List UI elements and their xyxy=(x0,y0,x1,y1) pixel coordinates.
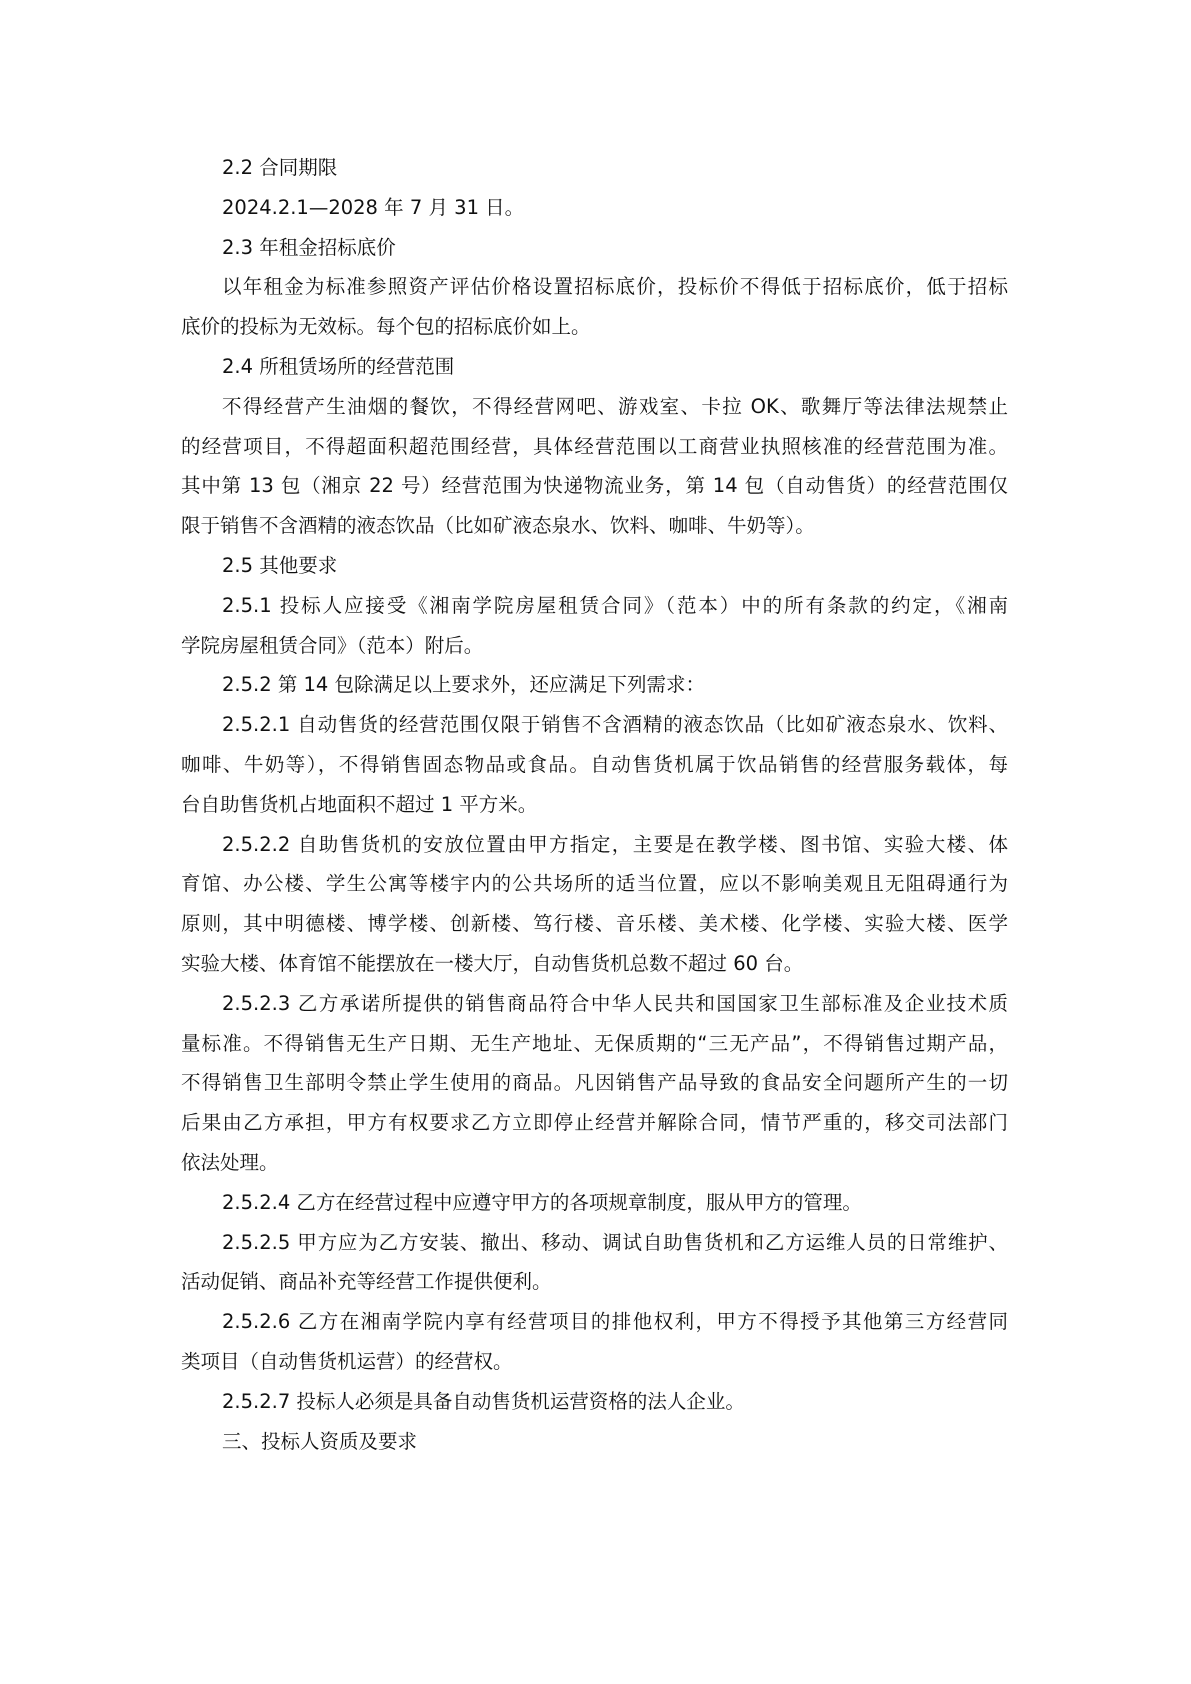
clause-2-5-2-5: 2.5.2.5 甲方应为乙方安装、撤出、移动、调试自助售货机和乙方运维人员的日常… xyxy=(181,1223,1008,1263)
clause-2-5-2: 2.5.2 第 14 包除满足以上要求外，还应满足下列需求： xyxy=(181,665,1008,705)
section-heading-2-3: 2.3 年租金招标底价 xyxy=(181,228,1008,268)
section-heading-2-2: 2.2 合同期限 xyxy=(181,148,1008,188)
contract-period-text: 2024.2.1—2028 年 7 月 31 日。 xyxy=(181,188,1008,228)
paragraph-line: 活动促销、商品补充等经营工作提供便利。 xyxy=(181,1262,1008,1302)
clause-2-5-2-7: 2.5.2.7 投标人必须是具备自动售货机运营资格的法人企业。 xyxy=(181,1382,1008,1422)
paragraph-line: 底价的投标为无效标。每个包的招标底价如上。 xyxy=(181,307,1008,347)
clause-2-5-2-6: 2.5.2.6 乙方在湘南学院内享有经营项目的排他权利，甲方不得授予其他第三方经… xyxy=(181,1302,1008,1342)
paragraph-line: 限于销售不含酒精的液态饮品（比如矿液态泉水、饮料、咖啡、牛奶等）。 xyxy=(181,506,1008,546)
paragraph-line: 的经营项目，不得超面积超范围经营，具体经营范围以工商营业执照核准的经营范围为准。 xyxy=(181,427,1008,467)
paragraph-line: 类项目（自动售货机运营）的经营权。 xyxy=(181,1342,1008,1382)
document-body: 2.2 合同期限 2024.2.1—2028 年 7 月 31 日。 2.3 年… xyxy=(181,148,1008,1461)
document-page: 2.2 合同期限 2024.2.1—2028 年 7 月 31 日。 2.3 年… xyxy=(0,0,1191,1684)
paragraph-line: 原则，其中明德楼、博学楼、创新楼、笃行楼、音乐楼、美术楼、化学楼、实验大楼、医学 xyxy=(181,904,1008,944)
paragraph-line: 量标准。不得销售无生产日期、无生产地址、无保质期的“三无产品”，不得销售过期产品… xyxy=(181,1024,1008,1064)
clause-2-5-2-3: 2.5.2.3 乙方承诺所提供的销售商品符合中华人民共和国国家卫生部标准及企业技… xyxy=(181,984,1008,1024)
paragraph-line: 依法处理。 xyxy=(181,1143,1008,1183)
section-heading-3: 三、投标人资质及要求 xyxy=(181,1422,1008,1462)
clause-2-5-2-1: 2.5.2.1 自动售货的经营范围仅限于销售不含酒精的液态饮品（比如矿液态泉水、… xyxy=(181,705,1008,745)
paragraph-line: 其中第 13 包（湘京 22 号）经营范围为快递物流业务，第 14 包（自动售货… xyxy=(181,466,1008,506)
paragraph-line: 学院房屋租赁合同》（范本）附后。 xyxy=(181,626,1008,666)
section-heading-2-4: 2.4 所租赁场所的经营范围 xyxy=(181,347,1008,387)
clause-2-5-1: 2.5.1 投标人应接受《湘南学院房屋租赁合同》（范本）中的所有条款的约定，《湘… xyxy=(181,586,1008,626)
paragraph-line: 不得经营产生油烟的餐饮，不得经营网吧、游戏室、卡拉 OK、歌舞厅等法律法规禁止 xyxy=(181,387,1008,427)
paragraph-line: 实验大楼、体育馆不能摆放在一楼大厅，自动售货机总数不超过 60 台。 xyxy=(181,944,1008,984)
paragraph-line: 后果由乙方承担，甲方有权要求乙方立即停止经营并解除合同，情节严重的，移交司法部门 xyxy=(181,1103,1008,1143)
clause-2-5-2-2: 2.5.2.2 自助售货机的安放位置由甲方指定，主要是在教学楼、图书馆、实验大楼… xyxy=(181,825,1008,865)
paragraph-line: 台自助售货机占地面积不超过 1 平方米。 xyxy=(181,785,1008,825)
paragraph-line: 以年租金为标准参照资产评估价格设置招标底价，投标价不得低于招标底价，低于招标 xyxy=(181,267,1008,307)
clause-2-5-2-4: 2.5.2.4 乙方在经营过程中应遵守甲方的各项规章制度，服从甲方的管理。 xyxy=(181,1183,1008,1223)
paragraph-line: 咖啡、牛奶等），不得销售固态物品或食品。自动售货机属于饮品销售的经营服务载体，每 xyxy=(181,745,1008,785)
paragraph-line: 育馆、办公楼、学生公寓等楼宇内的公共场所的适当位置，应以不影响美观且无阻碍通行为 xyxy=(181,864,1008,904)
section-heading-2-5: 2.5 其他要求 xyxy=(181,546,1008,586)
paragraph-line: 不得销售卫生部明令禁止学生使用的商品。凡因销售产品导致的食品安全问题所产生的一切 xyxy=(181,1063,1008,1103)
